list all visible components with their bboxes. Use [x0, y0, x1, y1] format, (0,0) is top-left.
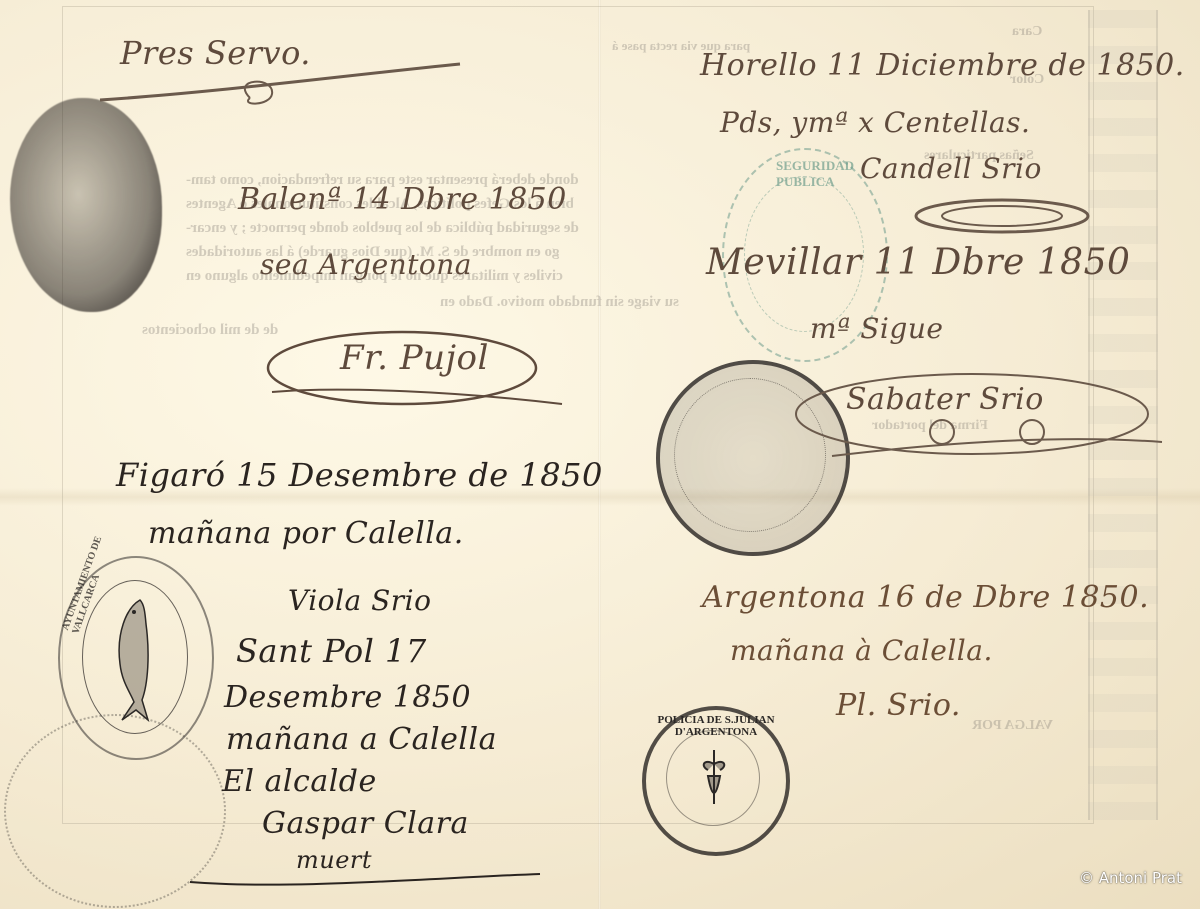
entry-argentona-line2: mañana à Calella.: [730, 634, 993, 667]
sabater-signature-flourish: [792, 364, 1172, 474]
entry-argentona-signature: Pl. Srio.: [836, 688, 961, 723]
printed-body-line-7: de de mil ochocientos: [142, 322, 278, 339]
entry-sant-pol: Sant Pol 17: [236, 632, 427, 670]
entry-figaro-date: Figaró 15 Desembre de 1850: [116, 456, 603, 494]
entry-mevillar-date: Mevillar 11 Dbre 1850: [706, 242, 1130, 283]
entry-figaro-line2: mañana por Calella.: [148, 516, 464, 551]
entry-viola-signature: Viola Srio: [288, 584, 431, 617]
entry-mevillar-line2: mª Sigue: [810, 312, 943, 345]
entry-balen-line2: sea Argentona: [260, 248, 472, 281]
candell-flourish: [912, 190, 1092, 240]
entry-horello-date: Horello 11 Diciembre de 1850.: [700, 48, 1185, 83]
fish-icon: [104, 594, 164, 724]
entry-sabater-signature: Sabater Srio: [846, 382, 1044, 417]
entry-candell-signature: Candell Srio: [860, 152, 1042, 185]
policia-argentona-seal: POLICIA DE S.JULIAN D'ARGENTONA: [642, 706, 790, 856]
entry-sant-pol-date: Desembre 1850: [224, 680, 471, 715]
underline-flourish-bottom: [190, 870, 550, 900]
printed-body-line-3: de seguridad pública de los pueblos dond…: [186, 220, 579, 237]
entry-el-alcalde: El alcalde: [222, 764, 377, 799]
entry-horello-line2: Pds, ymª x Centellas.: [720, 106, 1030, 139]
wheat-sheaf-icon: [694, 740, 734, 810]
printed-margin-cara: Cara: [1012, 24, 1042, 40]
copyright-watermark: © Antoni Prat: [1079, 869, 1182, 887]
entry-argentona-date: Argentona 16 de Dbre 1850.: [702, 580, 1149, 615]
entry-sant-pol-line: mañana a Calella: [226, 722, 497, 757]
entry-balen-date: Balenª 14 Dbre 1850: [238, 182, 567, 217]
printed-footer-valga-por: VALGA POR: [972, 718, 1053, 734]
entry-pujol-signature: Fr. Pujol: [340, 338, 489, 378]
policia-seal-text: POLICIA DE S.JULIAN D'ARGENTONA: [656, 714, 776, 738]
printed-body-line-6: su viage sin fundado motivo. Dado en: [440, 294, 679, 311]
flourish-underline-top-left: [100, 58, 560, 128]
entry-gaspar-clara: Gaspar Clara: [262, 806, 469, 841]
